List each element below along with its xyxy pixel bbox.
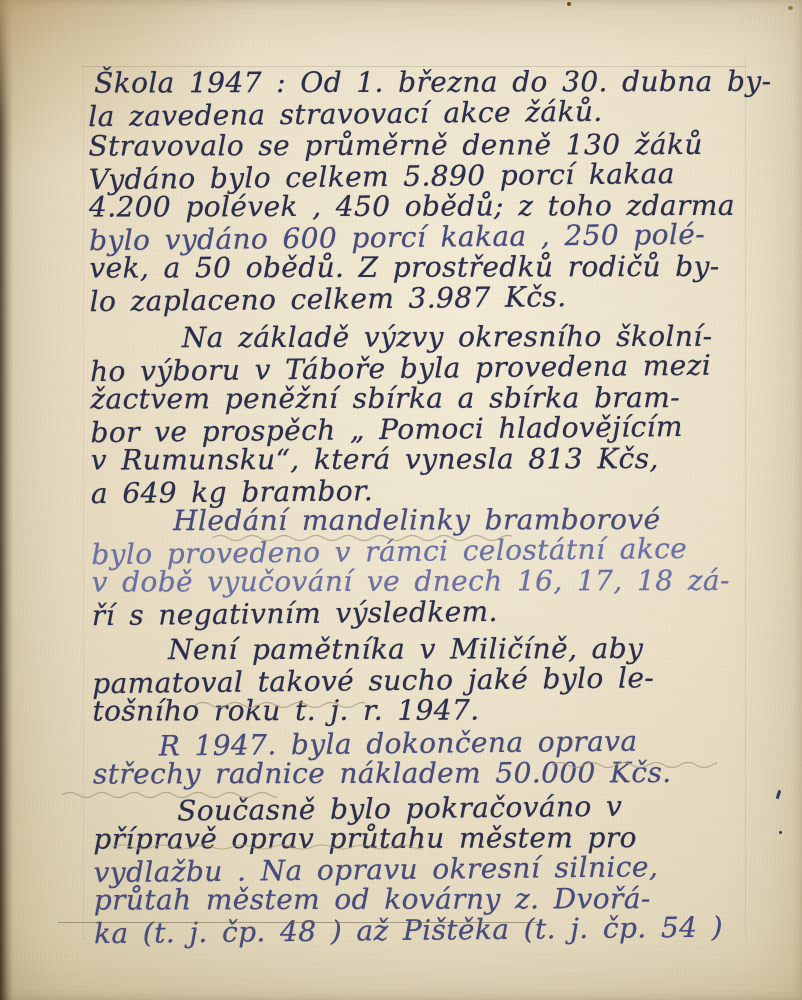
- handwriting-line: střechy radnice nákladem 50.000 Kčs.: [93, 758, 753, 790]
- handwriting-line: lo zaplaceno celkem 3.987 Kčs.: [89, 280, 749, 317]
- handwriting-line: Není pamětníka v Miličíně, aby: [168, 634, 752, 666]
- pencil-ruled-line-left: [83, 66, 84, 940]
- handwriting-line: Škola 1947 : Od 1. března do 30. dubna b…: [94, 67, 748, 99]
- handwriting-line: tošního roku t. j. r. 1947.: [92, 695, 752, 727]
- book-gutter-shadow: [0, 0, 13, 1000]
- handwriting-line: ří s negativním výsledkem.: [92, 594, 752, 631]
- handwriting-line: v době vyučování ve dnech 16, 17, 18 zá-: [92, 566, 752, 598]
- handwriting-line: vek, a 50 obědů. Z prostředků rodičů by-: [89, 252, 749, 284]
- chronicle-page-photo: Škola 1947 : Od 1. března do 30. dubna b…: [0, 0, 802, 1000]
- paper-speck: [567, 2, 571, 6]
- ink-mark-dot: [779, 831, 782, 834]
- handwriting-line: ka (t. j. čp. 48 ) až Pištěka (t. j. čp.…: [94, 912, 754, 949]
- ink-mark-comma: [776, 790, 782, 799]
- handwriting-line: v Rumunsku“, která vynesla 813 Kčs,: [91, 444, 751, 476]
- paper-speck: [788, 6, 793, 10]
- handwritten-text: Škola 1947 : Od 1. března do 30. dubna b…: [88, 65, 754, 948]
- handwriting-line: la zavedena stravovací akce žáků.: [88, 95, 748, 132]
